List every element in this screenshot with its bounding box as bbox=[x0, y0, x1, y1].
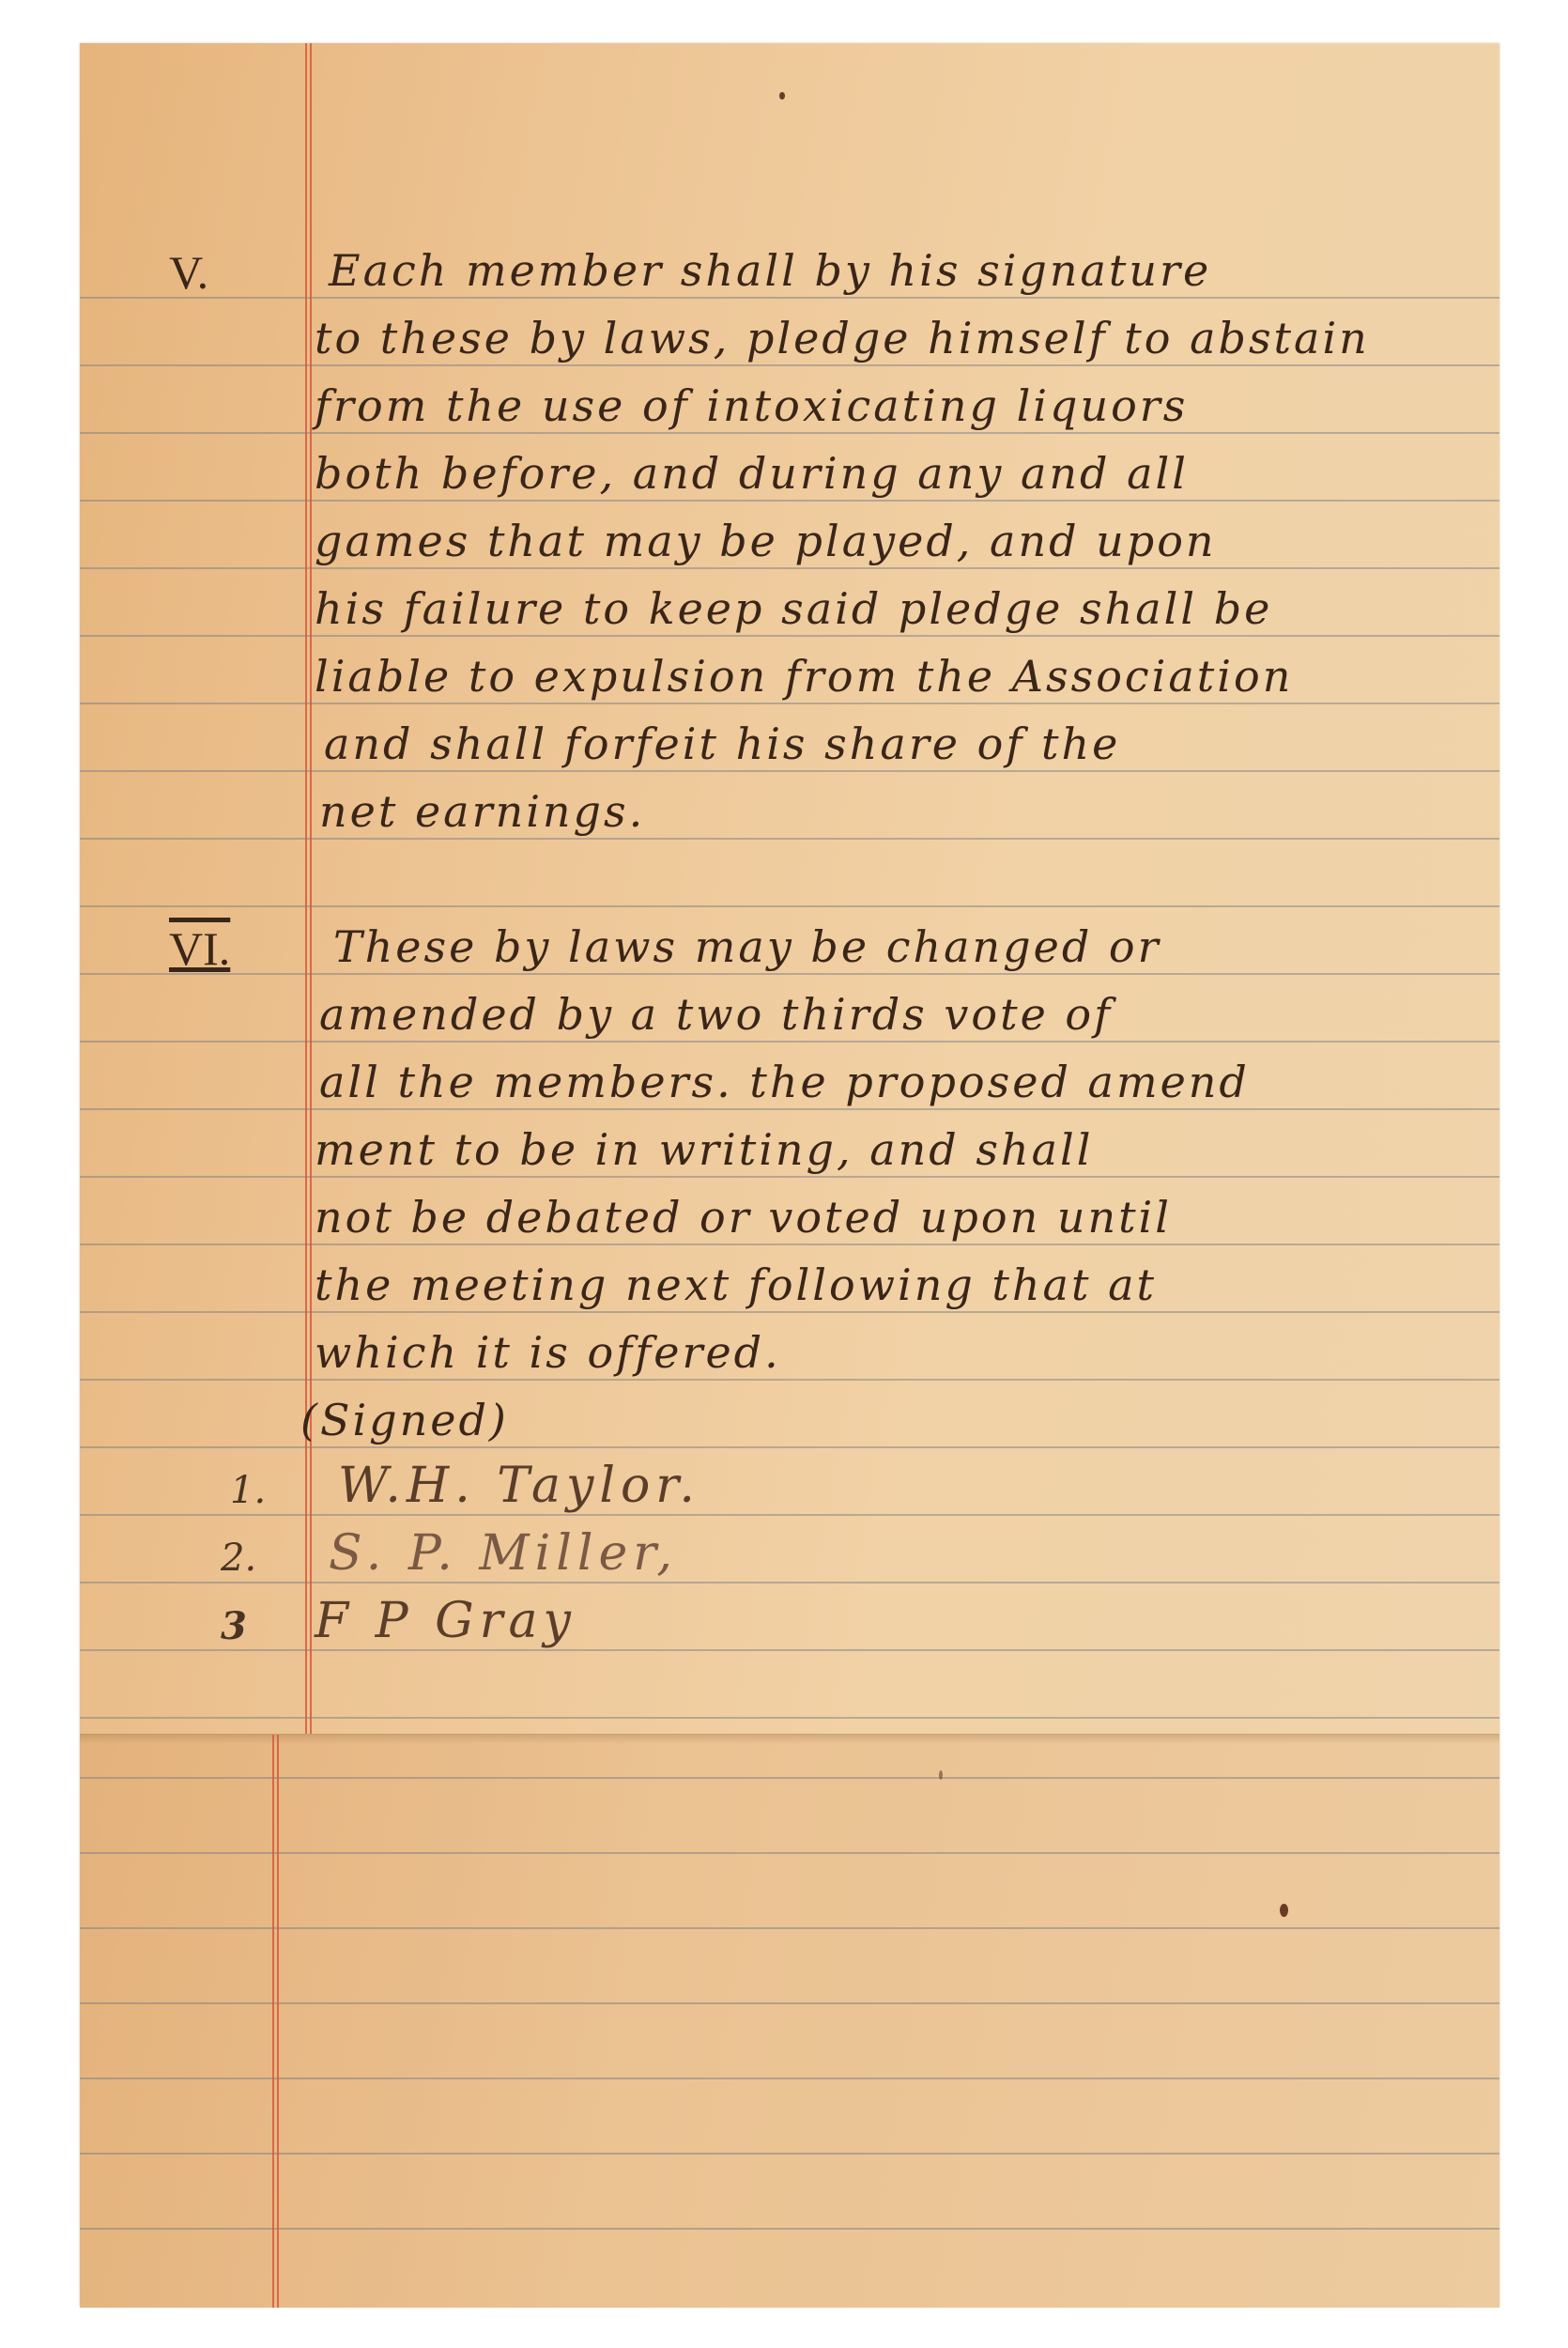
rule-line bbox=[80, 1446, 1499, 1448]
margin-line bbox=[272, 1735, 274, 2308]
text-line: both before, and during any and all bbox=[315, 448, 1189, 499]
rule-line bbox=[80, 905, 1499, 907]
rule-line bbox=[80, 1649, 1499, 1651]
rule-line bbox=[80, 1041, 1499, 1043]
rule-line bbox=[80, 1514, 1499, 1516]
rule-line bbox=[80, 2002, 1499, 2004]
text-line: his failure to keep said pledge shall be bbox=[315, 583, 1272, 634]
text-line: which it is offered. bbox=[315, 1327, 781, 1378]
rule-line bbox=[80, 500, 1499, 502]
rule-line bbox=[80, 364, 1499, 366]
ink-spot bbox=[779, 92, 785, 100]
text-line: liable to expulsion from the Association bbox=[315, 651, 1293, 702]
signature-number: 3 bbox=[221, 1604, 247, 1648]
text-line: from the use of intoxicating liquors bbox=[315, 380, 1188, 431]
fold-crease bbox=[80, 1735, 1499, 1744]
rule-line bbox=[80, 2153, 1499, 2155]
rule-line bbox=[80, 1108, 1499, 1110]
rule-line bbox=[80, 770, 1499, 772]
rule-line bbox=[80, 2078, 1499, 2079]
rule-line bbox=[80, 635, 1499, 637]
section-numeral-v: V. bbox=[169, 245, 208, 300]
text-line: games that may be played, and upon bbox=[315, 516, 1217, 566]
signature-name: S. P. Miller, bbox=[329, 1525, 678, 1582]
section-numeral-vi: VI. bbox=[169, 921, 230, 976]
rule-line bbox=[80, 1379, 1499, 1381]
rule-line bbox=[80, 1176, 1499, 1178]
rule-line bbox=[80, 1927, 1499, 1929]
rule-line bbox=[80, 1777, 1499, 1779]
margin-line bbox=[277, 1735, 279, 2308]
text-line: the meeting next following that at bbox=[315, 1259, 1157, 1310]
paper-sheet: V. Each member shall by his signature to… bbox=[80, 43, 1499, 2307]
ink-spot bbox=[1280, 1904, 1288, 1917]
signature-name: W.H. Taylor. bbox=[338, 1458, 700, 1514]
rule-line bbox=[80, 567, 1499, 569]
rule-line bbox=[80, 1582, 1499, 1583]
rule-line bbox=[80, 432, 1499, 434]
text-line: not be debated or voted upon until bbox=[315, 1192, 1172, 1243]
text-line: amended by a two thirds vote of bbox=[319, 989, 1113, 1040]
signed-label: (Signed) bbox=[300, 1395, 509, 1445]
rule-line bbox=[80, 2228, 1499, 2230]
text-line: to these by laws, pledge himself to abst… bbox=[315, 313, 1370, 363]
text-line: ment to be in writing, and shall bbox=[315, 1124, 1093, 1175]
rule-line bbox=[80, 1311, 1499, 1313]
rule-line bbox=[80, 1244, 1499, 1245]
ink-spot bbox=[939, 1770, 943, 1780]
rule-line bbox=[80, 703, 1499, 704]
signature-name: F P Gray bbox=[315, 1593, 576, 1649]
text-line: These by laws may be changed or bbox=[333, 921, 1161, 972]
rule-line bbox=[80, 297, 1499, 299]
rule-line bbox=[80, 1717, 1499, 1719]
signature-number: 2. bbox=[221, 1537, 256, 1580]
text-line: and shall forfeit his share of the bbox=[324, 718, 1120, 769]
rule-line bbox=[80, 1852, 1499, 1854]
rule-line bbox=[80, 838, 1499, 840]
folded-lower-panel bbox=[80, 1734, 1499, 2308]
text-line: net earnings. bbox=[319, 786, 645, 837]
rule-line bbox=[80, 973, 1499, 975]
signature-number: 1. bbox=[230, 1469, 266, 1512]
text-line: Each member shall by his signature bbox=[329, 245, 1211, 296]
text-line: all the members. the proposed amend bbox=[319, 1057, 1250, 1107]
